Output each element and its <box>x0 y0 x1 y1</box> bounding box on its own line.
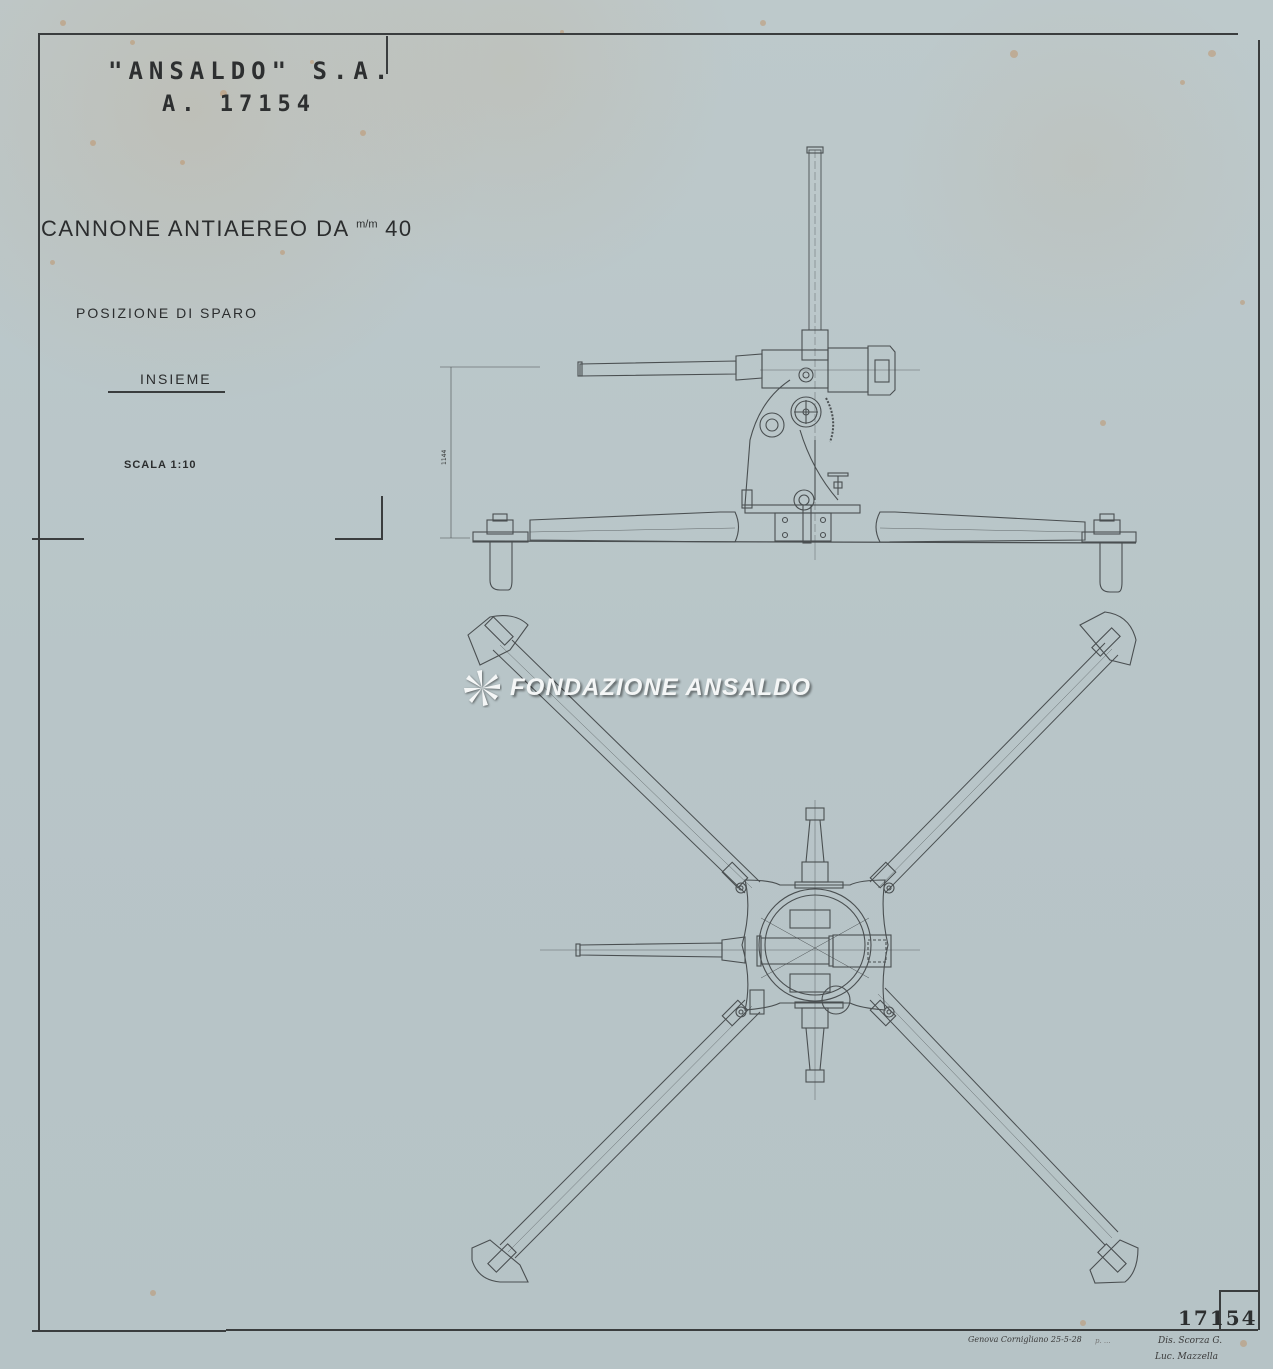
plan-view <box>468 612 1138 1283</box>
side-elevation-view: 1144 <box>440 147 1136 592</box>
dimension-label: 1144 <box>441 450 448 465</box>
watermark: FONDAZIONE ANSALDO <box>462 668 811 708</box>
watermark-text: FONDAZIONE ANSALDO <box>510 674 811 702</box>
fan-logo-icon <box>462 668 502 708</box>
